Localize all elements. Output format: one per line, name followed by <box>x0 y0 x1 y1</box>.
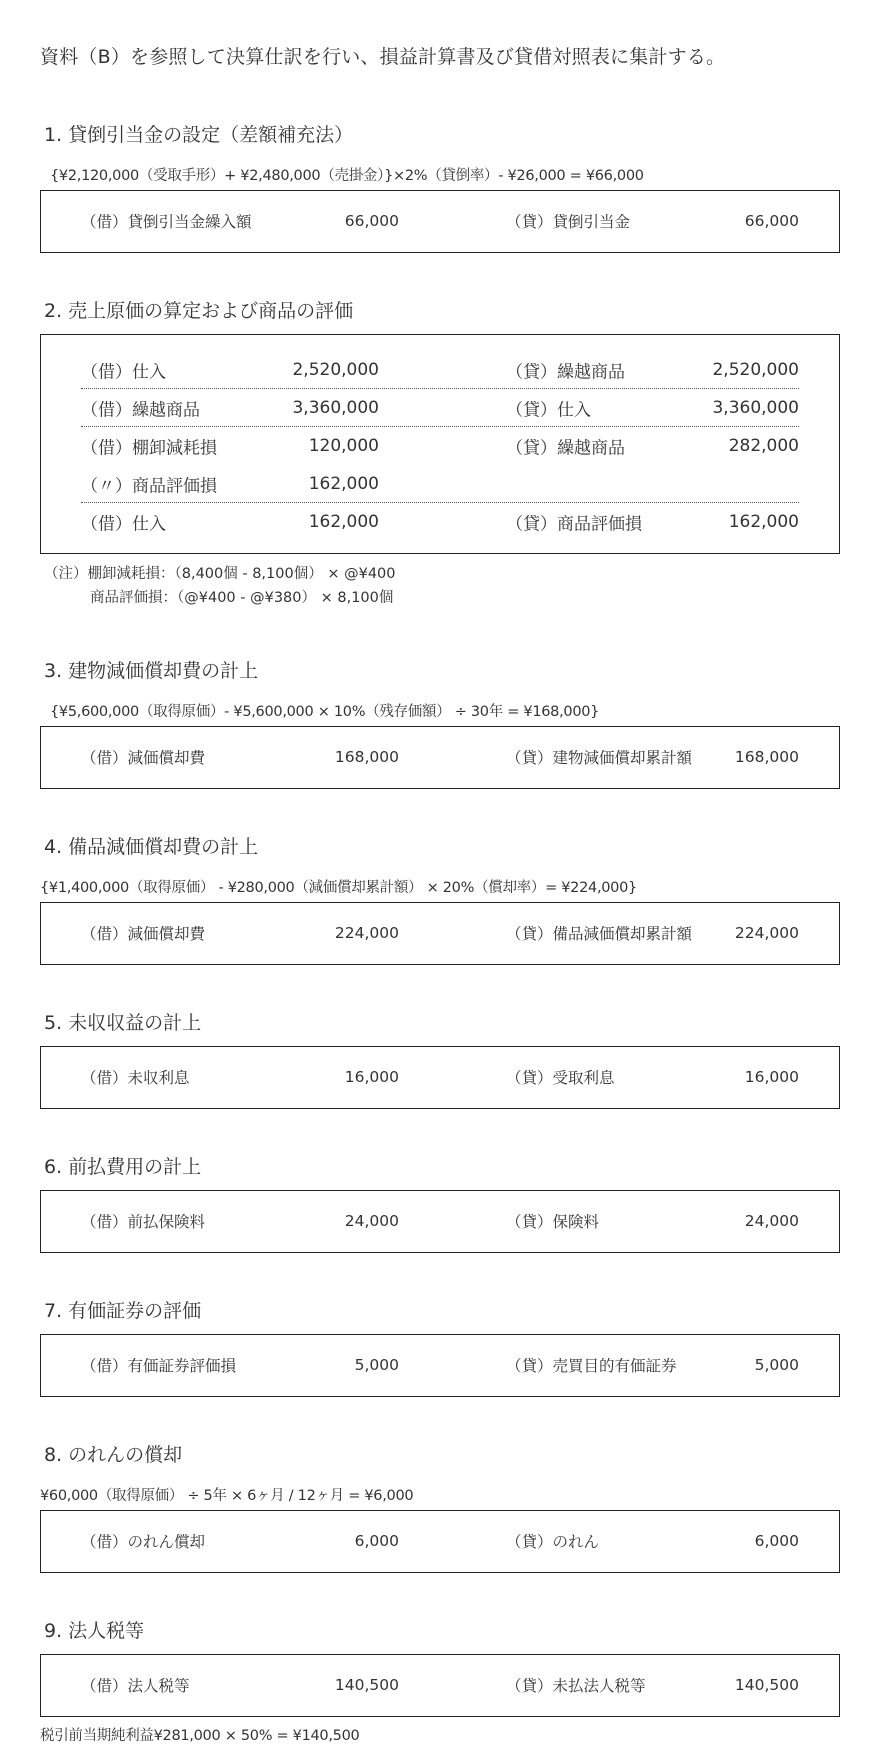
formula-building-depreciation: {¥5,600,000（取得原価）- ¥5,600,000 × 10%（残存価額… <box>50 700 599 721</box>
credit-side: （貸）繰越商品 <box>506 434 625 459</box>
journal-entry: （借）棚卸減耗損 120,000 （貸）繰越商品 282,000 <box>81 427 799 465</box>
note-valuation: 商品評価損：（@¥400 - @¥380） × 8,100個 <box>90 586 393 607</box>
debit-amount: 66,000 <box>345 212 399 230</box>
credit-side: （貸）繰越商品 <box>506 357 625 382</box>
credit-label: （貸） <box>506 1213 553 1231</box>
journal-entry: （借）減価償却費 224,000 （貸）備品減価償却累計額 224,000 <box>41 903 839 963</box>
credit-account: 貸倒引当金 <box>553 213 631 231</box>
debit-side: （借）減価償却費 <box>81 922 205 944</box>
credit-side: （貸）貸倒引当金 <box>506 210 630 232</box>
section-title-equipment-depreciation: 4. 備品減価償却費の計上 <box>44 832 258 859</box>
journal-entry: （借）仕入 162,000 （貸）商品評価損 162,000 <box>81 503 799 541</box>
credit-side: （貸）売買目的有価証券 <box>506 1354 677 1376</box>
credit-side: （貸）商品評価損 <box>506 510 642 535</box>
debit-label: （借） <box>81 362 132 382</box>
credit-account: 保険料 <box>553 1213 600 1231</box>
debit-side: （借）棚卸減耗損 <box>81 434 217 459</box>
credit-amount: 6,000 <box>755 1532 799 1550</box>
credit-account: 商品評価損 <box>557 515 642 535</box>
debit-amount: 140,500 <box>335 1676 399 1694</box>
debit-label: （借） <box>81 1213 128 1231</box>
credit-label: （貸） <box>506 515 557 535</box>
debit-amount: 3,360,000 <box>292 398 379 418</box>
debit-account: 棚卸減耗損 <box>132 439 217 459</box>
credit-side: （貸）未払法人税等 <box>506 1674 646 1696</box>
debit-amount: 24,000 <box>345 1212 399 1230</box>
credit-account: 繰越商品 <box>557 439 625 459</box>
credit-account: 繰越商品 <box>557 362 625 382</box>
section-title-goodwill-amortization: 8. のれんの償却 <box>44 1440 182 1467</box>
credit-label: （貸） <box>506 1357 553 1375</box>
credit-side: （貸）備品減価償却累計額 <box>506 922 692 944</box>
debit-label: （借） <box>81 1533 128 1551</box>
debit-account: 商品評価損 <box>132 476 217 496</box>
credit-side: （貸）建物減価償却累計額 <box>506 746 692 768</box>
debit-side: （借）減価償却費 <box>81 746 205 768</box>
journal-box-goodwill-amortization: （借）のれん償却 6,000 （貸）のれん 6,000 <box>40 1510 840 1573</box>
credit-label: （貸） <box>506 439 557 459</box>
section-title-accrued-revenue: 5. 未収収益の計上 <box>44 1008 201 1035</box>
debit-account: 繰越商品 <box>132 400 200 420</box>
credit-amount: 16,000 <box>745 1068 799 1086</box>
debit-label: （借） <box>81 439 132 459</box>
note-shrinkage: （注）棚卸減耗損：（8,400個 - 8,100個） × @¥400 <box>44 562 396 583</box>
debit-amount: 224,000 <box>335 924 399 942</box>
credit-label: （貸） <box>506 362 557 382</box>
credit-amount: 282,000 <box>729 436 799 456</box>
credit-amount: 140,500 <box>735 1676 799 1694</box>
journal-entry: （借）有価証券評価損 5,000 （貸）売買目的有価証券 5,000 <box>41 1335 839 1395</box>
credit-account: 未払法人税等 <box>553 1677 646 1695</box>
journal-box-accrued-revenue: （借）未収利息 16,000 （貸）受取利息 16,000 <box>40 1046 840 1109</box>
debit-side: （借）仕入 <box>81 357 166 382</box>
debit-amount: 162,000 <box>309 512 379 532</box>
journal-box-equipment-depreciation: （借）減価償却費 224,000 （貸）備品減価償却累計額 224,000 <box>40 902 840 965</box>
debit-account: のれん償却 <box>128 1533 206 1551</box>
section-title-securities-valuation: 7. 有価証券の評価 <box>44 1296 201 1323</box>
credit-side: （貸）のれん <box>506 1530 599 1552</box>
credit-amount: 224,000 <box>735 924 799 942</box>
credit-label: （貸） <box>506 749 553 767</box>
journal-box-securities-valuation: （借）有価証券評価損 5,000 （貸）売買目的有価証券 5,000 <box>40 1334 840 1397</box>
journal-entry: （借）仕入 2,520,000 （貸）繰越商品 2,520,000 <box>81 351 799 389</box>
debit-label: （借） <box>81 400 132 420</box>
debit-label: （借） <box>81 925 128 943</box>
credit-amount: 24,000 <box>745 1212 799 1230</box>
debit-amount: 168,000 <box>335 748 399 766</box>
credit-account: 備品減価償却累計額 <box>553 925 693 943</box>
credit-label: （貸） <box>506 1533 553 1551</box>
debit-side: （借）未収利息 <box>81 1066 190 1088</box>
journal-entry: （借）未収利息 16,000 （貸）受取利息 16,000 <box>41 1047 839 1107</box>
section-title-income-tax: 9. 法人税等 <box>44 1616 144 1643</box>
section-title-allowance: 1. 貸倒引当金の設定（差額補充法） <box>44 120 353 147</box>
credit-amount: 66,000 <box>745 212 799 230</box>
debit-label: （借） <box>81 515 132 535</box>
debit-label: （借） <box>81 1357 128 1375</box>
journal-box-prepaid-expense: （借）前払保険料 24,000 （貸）保険料 24,000 <box>40 1190 840 1253</box>
debit-amount: 162,000 <box>309 474 379 494</box>
debit-account: 未収利息 <box>128 1069 190 1087</box>
section-title-building-depreciation: 3. 建物減価償却費の計上 <box>44 656 258 683</box>
debit-amount: 120,000 <box>309 436 379 456</box>
debit-account: 貸倒引当金繰入額 <box>128 213 252 231</box>
journal-entry: （借）繰越商品 3,360,000 （貸）仕入 3,360,000 <box>81 389 799 427</box>
journal-box-allowance: （借）貸倒引当金繰入額 66,000 （貸）貸倒引当金 66,000 <box>40 190 840 253</box>
debit-amount: 5,000 <box>355 1356 399 1374</box>
debit-amount: 16,000 <box>345 1068 399 1086</box>
footnote-income-tax: 税引前当期純利益¥281,000 × 50% = ¥140,500 <box>40 1724 359 1744</box>
credit-account: 仕入 <box>557 400 591 420</box>
section-title-prepaid-expense: 6. 前払費用の計上 <box>44 1152 201 1179</box>
journal-entry: （借）法人税等 140,500 （貸）未払法人税等 140,500 <box>41 1655 839 1715</box>
journal-box-building-depreciation: （借）減価償却費 168,000 （貸）建物減価償却累計額 168,000 <box>40 726 840 789</box>
credit-amount: 3,360,000 <box>712 398 799 418</box>
journal-entry: （借）のれん償却 6,000 （貸）のれん 6,000 <box>41 1511 839 1571</box>
journal-entry: （借）前払保険料 24,000 （貸）保険料 24,000 <box>41 1191 839 1251</box>
credit-label: （貸） <box>506 1677 553 1695</box>
debit-account: 有価証券評価損 <box>128 1357 237 1375</box>
debit-account: 仕入 <box>132 362 166 382</box>
debit-label: （借） <box>81 749 128 767</box>
credit-label: （貸） <box>506 1069 553 1087</box>
journal-box-cogs: （借）仕入 2,520,000 （貸）繰越商品 2,520,000 （借）繰越商… <box>40 334 840 554</box>
debit-side: （〃）商品評価損 <box>81 471 217 496</box>
formula-equipment-depreciation: {¥1,400,000（取得原価） - ¥280,000（減価償却累計額） × … <box>40 876 637 897</box>
debit-side: （借）繰越商品 <box>81 395 200 420</box>
credit-account: のれん <box>553 1533 600 1551</box>
credit-side: （貸）仕入 <box>506 395 591 420</box>
debit-side: （借）仕入 <box>81 510 166 535</box>
debit-label: （借） <box>81 213 128 231</box>
debit-side: （借）有価証券評価損 <box>81 1354 236 1376</box>
section-title-cogs: 2. 売上原価の算定および商品の評価 <box>44 296 353 323</box>
credit-label: （貸） <box>506 400 557 420</box>
debit-side: （借）貸倒引当金繰入額 <box>81 210 252 232</box>
journal-box-income-tax: （借）法人税等 140,500 （貸）未払法人税等 140,500 <box>40 1654 840 1717</box>
debit-side: （借）法人税等 <box>81 1674 190 1696</box>
credit-amount: 5,000 <box>755 1356 799 1374</box>
credit-amount: 2,520,000 <box>712 360 799 380</box>
credit-label: （貸） <box>506 925 553 943</box>
debit-side: （借）のれん償却 <box>81 1530 205 1552</box>
credit-account: 売買目的有価証券 <box>553 1357 677 1375</box>
credit-label: （貸） <box>506 213 553 231</box>
credit-amount: 168,000 <box>735 748 799 766</box>
debit-amount: 2,520,000 <box>292 360 379 380</box>
ditto-label: （〃） <box>81 476 132 496</box>
formula-allowance: {¥2,120,000（受取手形）+ ¥2,480,000（売掛金）}×2%（貸… <box>50 164 644 185</box>
credit-side: （貸）保険料 <box>506 1210 599 1232</box>
journal-entry: （借）貸倒引当金繰入額 66,000 （貸）貸倒引当金 66,000 <box>41 191 839 251</box>
debit-side: （借）前払保険料 <box>81 1210 205 1232</box>
credit-account: 建物減価償却累計額 <box>553 749 693 767</box>
journal-entry: （借）減価償却費 168,000 （貸）建物減価償却累計額 168,000 <box>41 727 839 787</box>
credit-account: 受取利息 <box>553 1069 615 1087</box>
debit-amount: 6,000 <box>355 1532 399 1550</box>
debit-label: （借） <box>81 1677 128 1695</box>
debit-account: 仕入 <box>132 515 166 535</box>
credit-side: （貸）受取利息 <box>506 1066 615 1088</box>
intro-text: 資料（B）を参照して決算仕訳を行い、損益計算書及び貸借対照表に集計する。 <box>40 42 725 69</box>
credit-amount: 162,000 <box>729 512 799 532</box>
debit-label: （借） <box>81 1069 128 1087</box>
debit-account: 前払保険料 <box>128 1213 206 1231</box>
debit-account: 法人税等 <box>128 1677 190 1695</box>
debit-account: 減価償却費 <box>128 925 206 943</box>
formula-goodwill-amortization: ¥60,000（取得原価） ÷ 5年 × 6ヶ月 / 12ヶ月 = ¥6,000 <box>40 1484 413 1505</box>
debit-account: 減価償却費 <box>128 749 206 767</box>
journal-entry: （〃）商品評価損 162,000 <box>81 465 799 503</box>
